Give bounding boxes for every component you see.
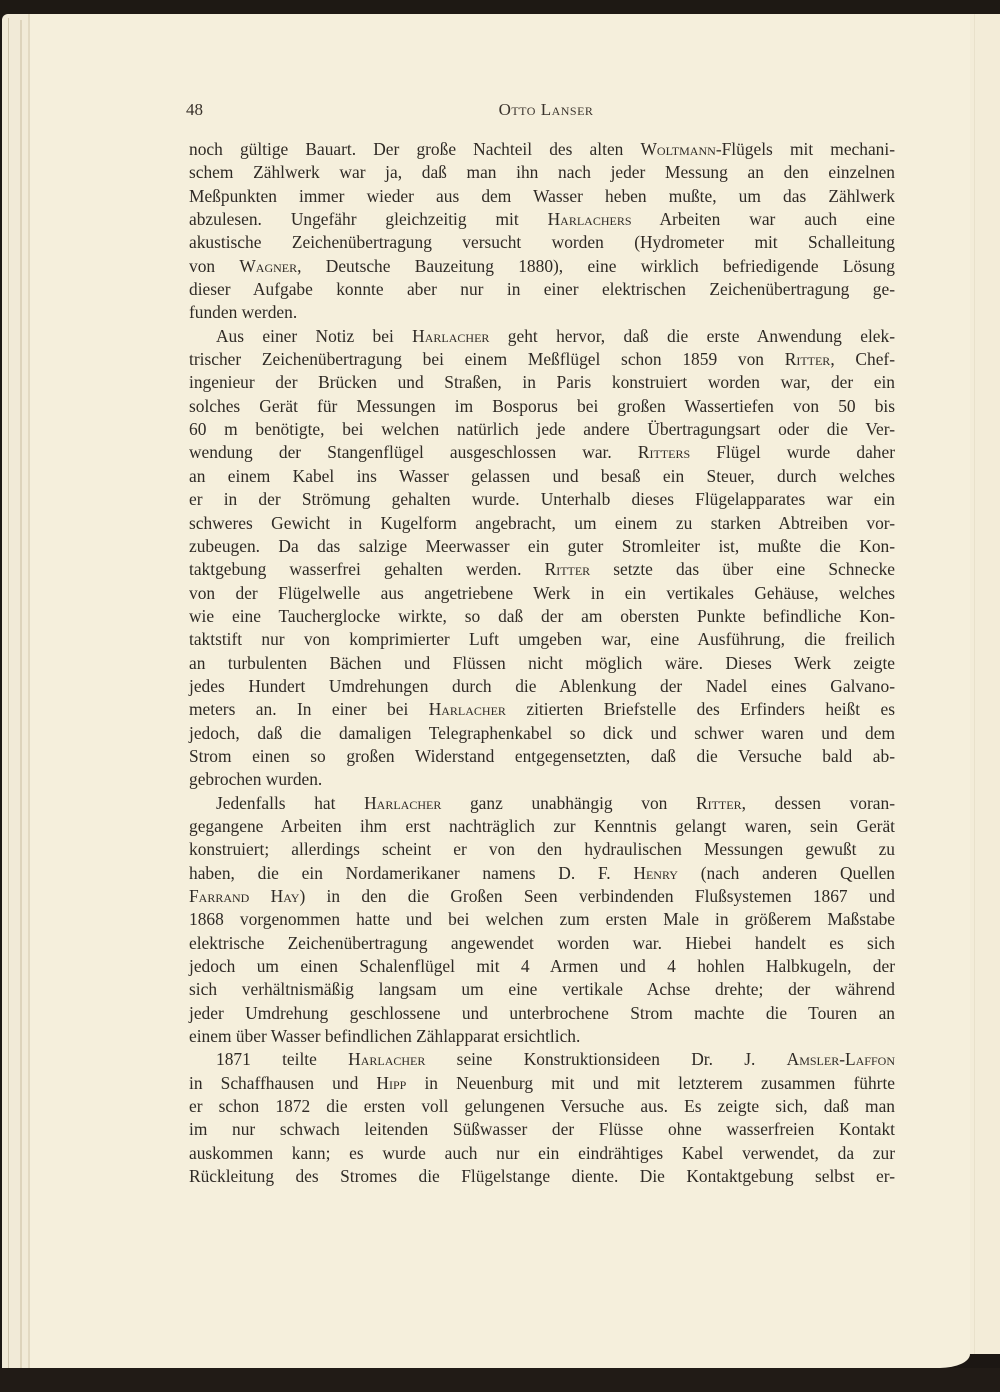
text-line: Meßpunkten immer wieder aus dem Wasser h…: [189, 185, 895, 208]
text-line: jeder Umdrehung geschlossene und unterbr…: [189, 1002, 895, 1025]
text-line: Jedenfalls hat Harlacher ganz unabhängig…: [189, 792, 895, 815]
text-line: taktgebung wasserfrei gehalten werden. R…: [189, 558, 895, 581]
text-line: von Wagner, Deutsche Bauzeitung 1880), e…: [189, 255, 895, 278]
person-name: Farrand Hay: [189, 886, 299, 906]
text-line: er in der Strömung gehalten wurde. Unter…: [189, 488, 895, 511]
text-line: funden werden.: [189, 301, 895, 324]
text-line: wendung der Stangenflügel ausgeschlossen…: [189, 441, 895, 464]
body-text: noch gültige Bauart. Der große Nachteil …: [189, 138, 895, 1188]
text-line: jedoch, daß die damaligen Telegraphenkab…: [189, 722, 895, 745]
text-line: im nur schwach leitenden Süßwasser der F…: [189, 1118, 895, 1141]
text-line: sich verhältnismäßig langsam um eine ver…: [189, 978, 895, 1001]
person-name: Hipp: [376, 1073, 406, 1093]
paragraph-2: Aus einer Notiz bei Harlacher geht hervo…: [189, 325, 895, 792]
text-line: schem Zählwerk war ja, daß man ihn nach …: [189, 161, 895, 184]
text-line: wie eine Taucherglocke wirkte, so daß de…: [189, 605, 895, 628]
person-name: Wagner: [239, 256, 297, 276]
text-line: dieser Aufgabe konnte aber nur in einer …: [189, 278, 895, 301]
person-name: Ritters: [638, 442, 690, 462]
text-line: konstruiert; allerdings scheint er von d…: [189, 838, 895, 861]
text-line: taktstift nur von komprimierter Luft umg…: [189, 628, 895, 651]
running-head: Otto Lanser: [186, 100, 906, 120]
text-line: ingenieur der Brücken und Straßen, in Pa…: [189, 371, 895, 394]
text-line: auskommen kann; es wurde auch nur ein ei…: [189, 1142, 895, 1165]
page-header: 48 Otto Lanser: [186, 100, 906, 124]
text-line: Aus einer Notiz bei Harlacher geht hervo…: [189, 325, 895, 348]
text-line: schweres Gewicht in Kugelform angebracht…: [189, 512, 895, 535]
text-line: Strom einen so großen Widerstand entgege…: [189, 745, 895, 768]
paragraph-3: Jedenfalls hat Harlacher ganz unabhängig…: [189, 792, 895, 1049]
text-line: jedoch um einen Schalenflügel mit 4 Arme…: [189, 955, 895, 978]
person-name: Amsler-Laffon: [787, 1049, 895, 1069]
person-name: Harlachers: [548, 209, 632, 229]
text-line: jedes Hundert Umdrehungen durch die Able…: [189, 675, 895, 698]
text-line: elektrische Zeichenübertragung angewende…: [189, 932, 895, 955]
text-line: noch gültige Bauart. Der große Nachteil …: [189, 138, 895, 161]
text-line: akustische Zeichenübertragung versucht w…: [189, 231, 895, 254]
text-line: er schon 1872 die ersten voll gelungenen…: [189, 1095, 895, 1118]
person-name: Harlacher: [429, 699, 506, 719]
person-name: Harlacher: [348, 1049, 425, 1069]
text-line: Rückleitung des Stromes die Flügelstange…: [189, 1165, 895, 1188]
text-line: gegangene Arbeiten ihm erst nachträglich…: [189, 815, 895, 838]
text-line: einem über Wasser befindlichen Zählappar…: [189, 1025, 895, 1048]
text-line: solches Gerät für Messungen im Bosporus …: [189, 395, 895, 418]
person-name: Ritter: [696, 793, 742, 813]
text-line: in Schaffhausen und Hipp in Neuenburg mi…: [189, 1072, 895, 1095]
text-line: an einem Kabel ins Wasser gelassen und b…: [189, 465, 895, 488]
text-line: meters an. In einer bei Harlacher zitier…: [189, 698, 895, 721]
text-line: von der Flügelwelle aus angetriebene Wer…: [189, 582, 895, 605]
text-line: 1871 teilte Harlacher seine Konstruktion…: [189, 1048, 895, 1071]
paragraph-4: 1871 teilte Harlacher seine Konstruktion…: [189, 1048, 895, 1188]
page-stack-right-edge: [966, 14, 1000, 1354]
person-name: Harlacher: [364, 793, 441, 813]
text-line: gebrochen wurden.: [189, 768, 895, 791]
text-line: haben, die ein Nordamerikaner namens D. …: [189, 862, 895, 885]
page-stack-left-edge: [2, 14, 31, 1374]
text-line: trischer Zeichenübertragung bei einem Me…: [189, 348, 895, 371]
text-line: abzulesen. Ungefähr gleichzeitig mit Har…: [189, 208, 895, 231]
text-line: 60 m benötigte, bei welchen natürlich je…: [189, 418, 895, 441]
person-name: Ritter: [545, 559, 591, 579]
person-name: Harlacher: [412, 326, 489, 346]
paragraph-1: noch gültige Bauart. Der große Nachteil …: [189, 138, 895, 325]
text-line: zubeugen. Da das salzige Meerwasser ein …: [189, 535, 895, 558]
text-line: 1868 vorgenommen hatte und bei welchen z…: [189, 908, 895, 931]
text-line: an turbulenten Bächen und Flüssen nicht …: [189, 652, 895, 675]
scan-background-bottom: [0, 1368, 1000, 1392]
person-name: Henry: [633, 863, 678, 883]
person-name: Woltmann: [641, 139, 716, 159]
person-name: Ritter: [785, 349, 831, 369]
text-line: Farrand Hay) in den die Großen Seen verb…: [189, 885, 895, 908]
